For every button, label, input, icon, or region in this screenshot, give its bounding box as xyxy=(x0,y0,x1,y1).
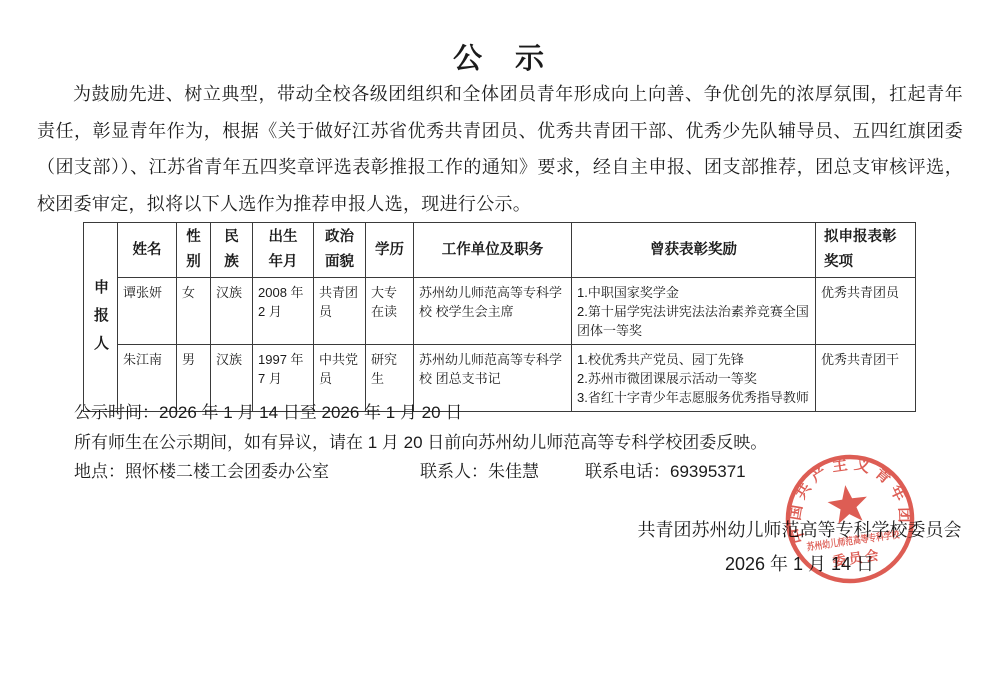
cell-proposed-award: 优秀共青团干 xyxy=(816,345,916,412)
footer-info: 公示时间：2026 年 1 月 14 日至 2026 年 1 月 20 日 所有… xyxy=(74,403,954,492)
col-header-political-status: 政治面貌 xyxy=(314,223,366,278)
contact-line: 地点：照怀楼二楼工会团委办公室 联系人：朱佳慧 联系电话：69395371 xyxy=(74,462,954,482)
col-header-proposed-award: 拟申报表彰奖项 xyxy=(816,223,916,278)
contact-person: 联系人：朱佳慧 xyxy=(420,462,539,482)
cell-work-unit: 苏州幼儿师范高等专科学校 校学生会主席 xyxy=(414,278,572,345)
cell-work-unit: 苏州幼儿师范高等专科学校 团总支书记 xyxy=(414,345,572,412)
cell-name: 朱江南 xyxy=(118,345,177,412)
announcement-document: 公 示 为鼓励先进、树立典型，带动全校各级团组织和全体团员青年形成向上向善、争优… xyxy=(0,0,999,691)
signature-block: 共青团苏州幼儿师范高等专科学校委员会 2026 年 1 月 14 日 xyxy=(637,520,962,574)
committee-name: 共青团苏州幼儿师范高等专科学校委员会 xyxy=(637,520,962,540)
cell-birth: 1997 年 7 月 xyxy=(253,345,314,412)
signature-date: 2026 年 1 月 14 日 xyxy=(637,554,962,574)
table-row: 朱江南 男 汉族 1997 年 7 月 中共党员 研究生 苏州幼儿师范高等专科学… xyxy=(84,345,916,412)
cell-birth: 2008 年 2 月 xyxy=(253,278,314,345)
cell-awards: 1.校优秀共产党员、园丁先锋 2.苏州市微团课展示活动一等奖 3.省红十字青少年… xyxy=(572,345,816,412)
col-header-gender: 性别 xyxy=(177,223,211,278)
location-text: 地点：照怀楼二楼工会团委办公室 xyxy=(74,462,329,481)
table-header-row: 申报人 姓名 性别 民族 出生年月 政治面貌 学历 工作单位及职务 曾获表彰奖励… xyxy=(84,223,916,278)
cell-gender: 女 xyxy=(177,278,211,345)
page-title: 公 示 xyxy=(0,36,999,77)
group-header-applicants: 申报人 xyxy=(84,223,118,412)
col-header-birth: 出生年月 xyxy=(253,223,314,278)
intro-paragraph: 为鼓励先进、树立典型，带动全校各级团组织和全体团员青年形成向上向善、争优创先的浓… xyxy=(37,76,963,222)
col-header-work-unit: 工作单位及职务 xyxy=(414,223,572,278)
cell-ethnicity: 汉族 xyxy=(211,278,253,345)
cell-political-status: 共青团员 xyxy=(314,278,366,345)
cell-ethnicity: 汉族 xyxy=(211,345,253,412)
objection-note: 所有师生在公示期间，如有异议，请在 1 月 20 日前向苏州幼儿师范高等专科学校… xyxy=(74,433,954,453)
cell-education: 研究生 xyxy=(366,345,414,412)
cell-gender: 男 xyxy=(177,345,211,412)
cell-political-status: 中共党员 xyxy=(314,345,366,412)
contact-phone: 联系电话：69395371 xyxy=(585,462,746,482)
publicity-period: 公示时间：2026 年 1 月 14 日至 2026 年 1 月 20 日 xyxy=(74,403,954,423)
cell-education: 大专在读 xyxy=(366,278,414,345)
cell-awards: 1.中职国家奖学金 2.第十届学宪法讲宪法法治素养竞赛全国团体一等奖 xyxy=(572,278,816,345)
col-header-name: 姓名 xyxy=(118,223,177,278)
col-header-ethnicity: 民族 xyxy=(211,223,253,278)
cell-proposed-award: 优秀共青团员 xyxy=(816,278,916,345)
col-header-awards: 曾获表彰奖励 xyxy=(572,223,816,278)
cell-name: 谭张妍 xyxy=(118,278,177,345)
col-header-education: 学历 xyxy=(366,223,414,278)
applicants-vertical-label: 申报人 xyxy=(90,279,111,363)
table-row: 谭张妍 女 汉族 2008 年 2 月 共青团员 大专在读 苏州幼儿师范高等专科… xyxy=(84,278,916,345)
nominees-table: 申报人 姓名 性别 民族 出生年月 政治面貌 学历 工作单位及职务 曾获表彰奖励… xyxy=(83,222,916,412)
